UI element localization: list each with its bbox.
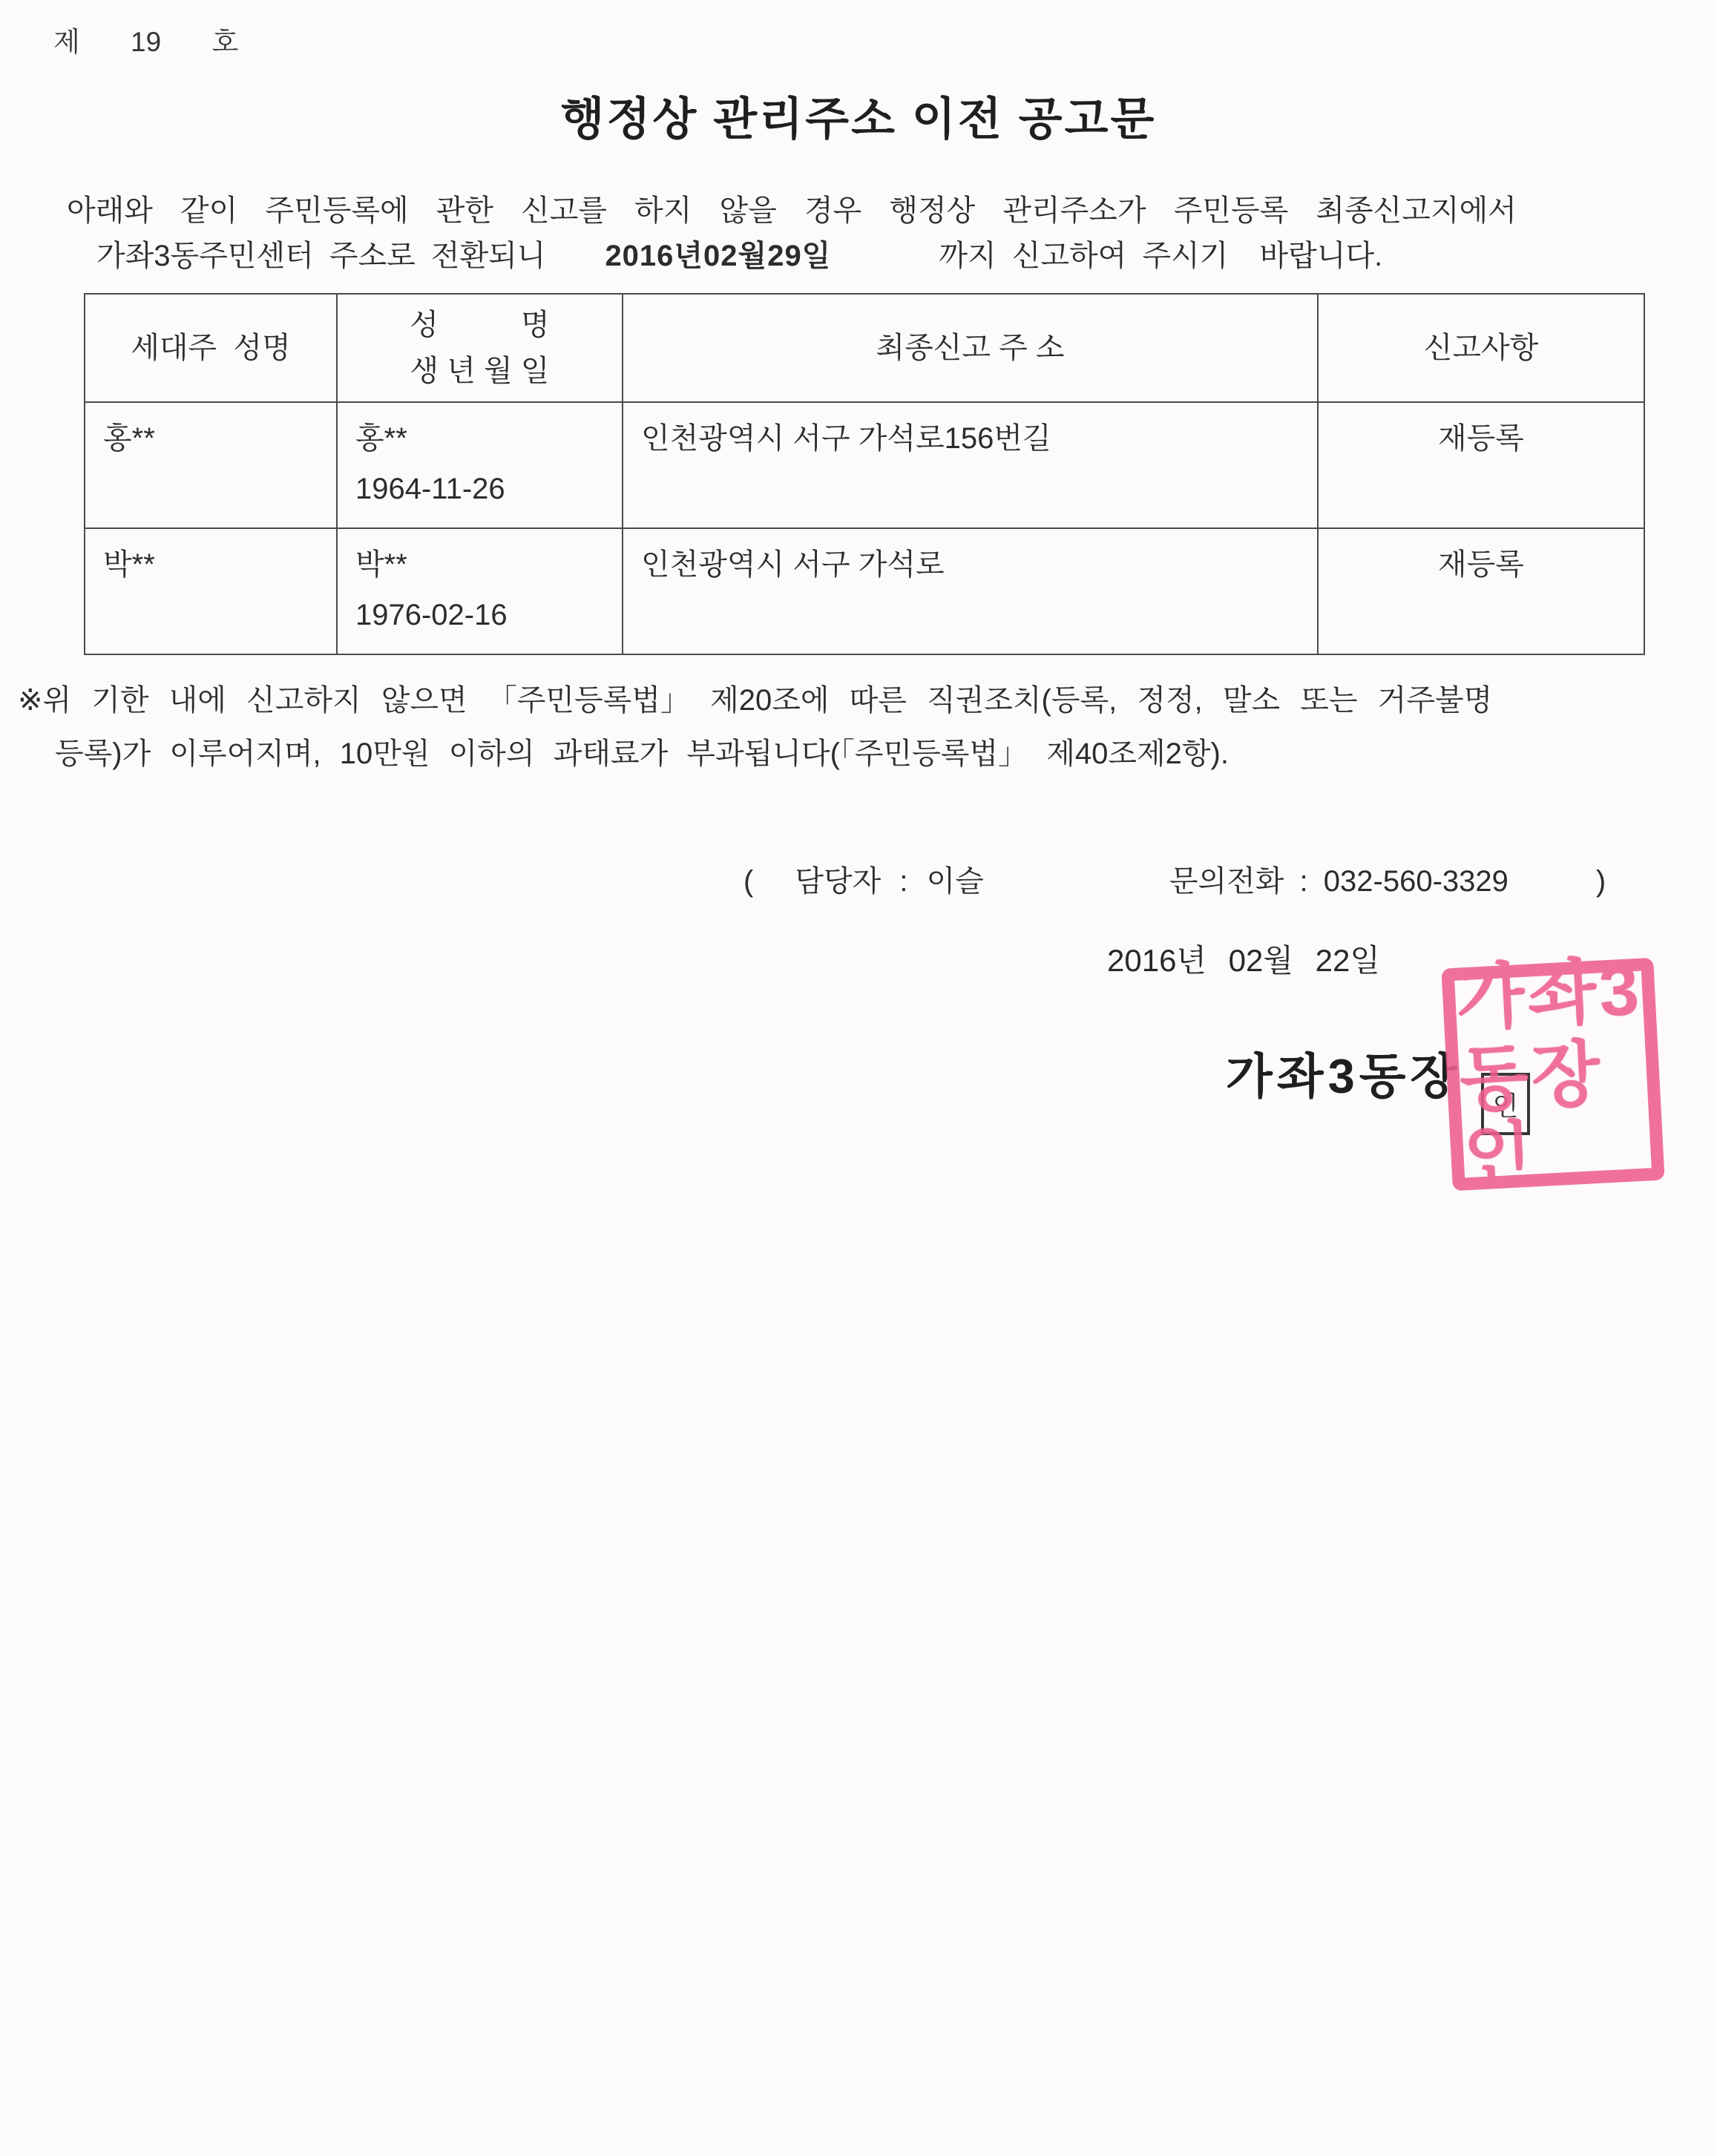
- contact-person: 담당자 : 이슬: [795, 858, 984, 900]
- contact-phone: 문의전화 : 032-560-3329: [1169, 858, 1508, 900]
- resident-notice-table: 세대주 성명 성 명 생 년 월 일 최종신고 주 소 신고사항 홍** 홍**…: [84, 293, 1645, 655]
- intro-line2-left: 가좌3동주민센터 주소로 전환되니: [96, 232, 545, 275]
- stamp-text-line2: 동장인: [1458, 1033, 1653, 1197]
- issue-date: 2016년 02월 22일: [1107, 936, 1380, 981]
- cell-address: 인천광역시 서구 가석로: [623, 528, 1318, 654]
- table-header-row: 세대주 성명 성 명 생 년 월 일 최종신고 주 소 신고사항: [85, 294, 1644, 402]
- deadline-date: 2016년02월29일: [605, 232, 831, 275]
- stamp-text-line1: 가좌3: [1454, 952, 1644, 1039]
- issuer-title: 가좌3동장: [1226, 1037, 1461, 1107]
- table-row: 박** 박** 1976-02-16 인천광역시 서구 가석로 재등록: [85, 528, 1644, 654]
- cell-status: 재등록: [1318, 528, 1644, 654]
- cell-name-birthdate: 박** 1976-02-16: [337, 528, 623, 654]
- legal-note-line2: 등록)가 이루어지며, 10만원 이하의 과태료가 부과됩니다(「주민등록법」 …: [55, 730, 1229, 772]
- scanned-notice-page: 제 19 호 행정상 관리주소 이전 공고문 아래와 같이 주민등록에 관한 신…: [0, 0, 1717, 2156]
- paren-close: ): [1596, 865, 1606, 898]
- header-last-reported-address: 최종신고 주 소: [623, 294, 1318, 402]
- cell-name: 홍**: [355, 413, 622, 464]
- header-report-item: 신고사항: [1318, 294, 1644, 402]
- intro-paragraph-line1: 아래와 같이 주민등록에 관한 신고를 하지 않을 경우 행정상 관리주소가 주…: [67, 187, 1517, 229]
- legal-note-line1: ※위 기한 내에 신고하지 않으면 「주민등록법」 제20조에 따른 직권조치(…: [18, 677, 1492, 719]
- page-title: 행정상 관리주소 이전 공고문: [0, 83, 1717, 148]
- intro-paragraph-line2: 가좌3동주민센터 주소로 전환되니 2016년02월29일 까지 신고하여 주시…: [96, 232, 1382, 275]
- cell-householder-name: 박**: [85, 528, 337, 654]
- paren-open: (: [743, 865, 753, 898]
- cell-status: 재등록: [1318, 402, 1644, 528]
- header-name-line: 성 명: [338, 302, 622, 348]
- header-name-birthdate: 성 명 생 년 월 일: [337, 294, 623, 402]
- official-seal-stamp: 가좌3 동장인: [1441, 958, 1664, 1192]
- cell-birthdate: 1964-11-26: [355, 464, 622, 514]
- document-number: 제 19 호: [53, 19, 238, 59]
- cell-name-birthdate: 홍** 1964-11-26: [337, 402, 623, 528]
- cell-birthdate: 1976-02-16: [355, 590, 622, 640]
- cell-name: 박**: [355, 539, 622, 590]
- cell-address: 인천광역시 서구 가석로156번길: [623, 402, 1318, 528]
- contact-line: ( 담당자 : 이슬 문의전화 : 032-560-3329 ): [743, 858, 1606, 900]
- header-birth-line: 생 년 월 일: [338, 348, 622, 394]
- header-householder-name: 세대주 성명: [85, 294, 337, 402]
- cell-householder-name: 홍**: [85, 402, 337, 528]
- table-row: 홍** 홍** 1964-11-26 인천광역시 서구 가석로156번길 재등록: [85, 402, 1644, 528]
- intro-line2-right: 까지 신고하여 주시기 바랍니다.: [939, 232, 1382, 275]
